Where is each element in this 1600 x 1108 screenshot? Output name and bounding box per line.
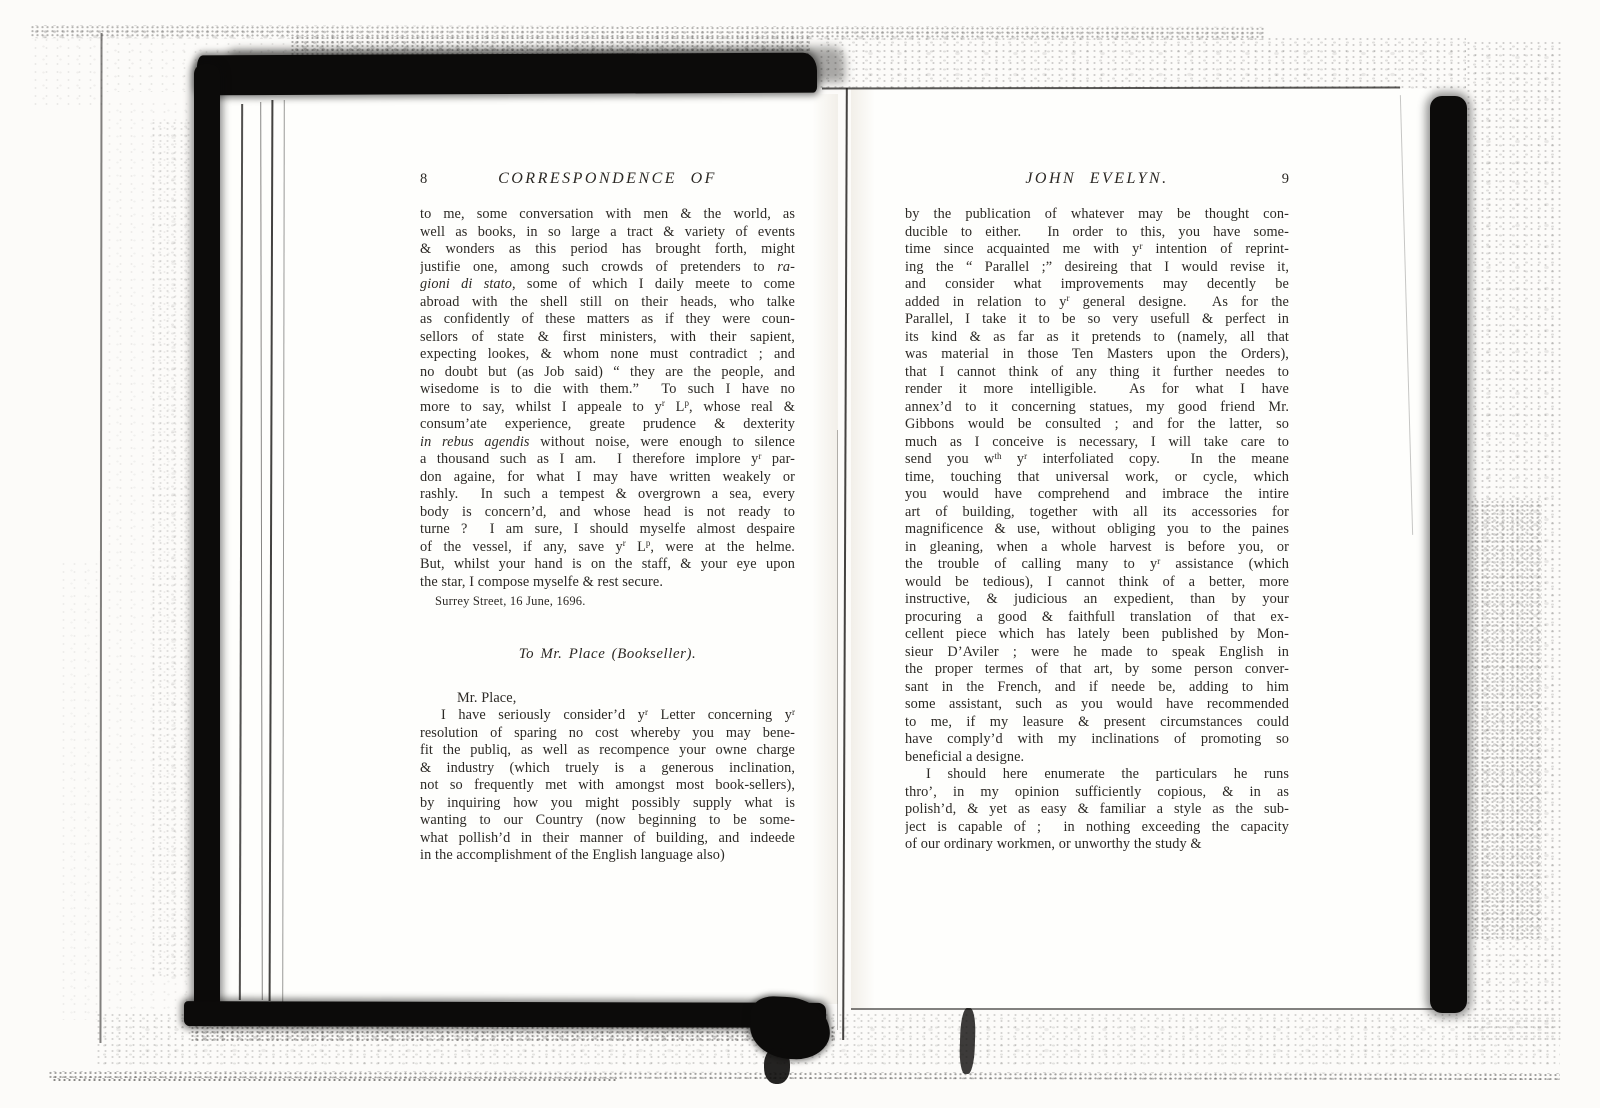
text-line: ject is capable of ; in nothing exceedin… [905, 819, 1289, 837]
text-line: resolution of sparing no cost whereby yo… [420, 725, 795, 743]
left-page-number: 8 [420, 171, 427, 188]
scan-noise-top-line [30, 25, 1265, 40]
letter-dateline: Surrey Street, 16 June, 1696. [420, 593, 795, 610]
text-line: don againe, for what I may have written … [420, 469, 795, 487]
ink-smudge-bottom-fuzz [190, 1026, 835, 1041]
scan-noise-right-dense [1470, 500, 1542, 940]
ink-smudge-gutter-drip [764, 1048, 790, 1084]
text-line: time since acquainted me with yr intenti… [905, 241, 1289, 259]
text-line: in the accomplishment of the English lan… [420, 847, 795, 865]
gutter-fold-line [842, 88, 848, 1040]
text-line: and consider what improvements may decen… [905, 276, 1289, 294]
text-line: its kind & as far as it pretends to (nam… [905, 329, 1289, 347]
left-running-title: CORRESPONDENCE OF [498, 170, 717, 187]
text-line: render it more intelligible. As for what… [905, 381, 1289, 399]
text-line: a thousand such as I am. I therefore imp… [420, 451, 795, 469]
gutter-fold-line-faint [837, 430, 838, 1030]
text-line: of our ordinary workmen, or unworthy the… [905, 836, 1289, 854]
right-page-bottom-edge [851, 1008, 1435, 1010]
scanner-edge-line-left [99, 33, 102, 1043]
text-line: & industry (which truely is a generous i… [420, 760, 795, 778]
text-line: thro’, in my opinion sufficiently copiou… [905, 784, 1289, 802]
text-line: added in relation to yr general designe.… [905, 294, 1289, 312]
text-line: fit the publiq, as well as recompence yo… [420, 742, 795, 760]
text-line: rashly. In such a tempest & overgrown a … [420, 486, 795, 504]
text-line: no doubt but (as Job said) “ they are th… [420, 364, 795, 382]
text-line: in gleaning, when a whole harvest is bef… [905, 539, 1289, 557]
text-line: sieur D’Aviler ; were he made to speak E… [905, 644, 1289, 662]
scan-noise-left-margin [104, 100, 190, 1015]
text-line: beneficial a designe. [905, 749, 1289, 767]
ink-smudge-right-bar [1430, 96, 1467, 1013]
ink-smudge-top-bar [197, 53, 817, 96]
text-line: Parallel, I take it to be so very useful… [905, 311, 1289, 329]
letter-second-paragraph: I should here enumerate the particulars … [905, 766, 1289, 854]
text-line: justifie one, among such crowds of prete… [420, 259, 795, 277]
left-page-header: 8 CORRESPONDENCE OF [420, 170, 795, 192]
scanned-book-spread: 8 CORRESPONDENCE OF to me, some conversa… [0, 0, 1600, 1108]
text-line: But, whilst your hand is on the staff, &… [420, 556, 795, 574]
text-line: consum’ate experience, greate prudence &… [420, 416, 795, 434]
scan-noise-right-margin [1465, 40, 1562, 1040]
scan-noise-top-left-corner [30, 36, 110, 106]
text-line: polish’d, & yet as easy & familiar a sty… [905, 801, 1289, 819]
text-line: to me, if my leasure & present circumsta… [905, 714, 1289, 732]
text-line: & wonders as this period has brought for… [420, 241, 795, 259]
text-line: not so frequently met with amongst most … [420, 777, 795, 795]
scan-noise-top-right [818, 36, 1466, 90]
text-line: much as I conceive is necessary, I will … [905, 434, 1289, 452]
right-page-header: JOHN EVELYN. 9 [905, 170, 1289, 192]
text-line: procuring a good & faithfull translation… [905, 609, 1289, 627]
text-line: the proper termes of that art, by some p… [905, 661, 1289, 679]
text-line: send you wth yr interfoliated copy. In t… [905, 451, 1289, 469]
letter-continuation-paragraph: by the publication of whatever may be th… [905, 206, 1289, 766]
letter-opening-paragraph: I have seriously consider’d yr Letter co… [420, 707, 795, 865]
scan-noise-bottom-line-dark [52, 1078, 617, 1083]
text-line: wisedome is to die with them.” To such I… [420, 381, 795, 399]
text-line: the star, I compose myselfe & rest secur… [420, 574, 795, 592]
text-line: Gibbons would be consulted ; and for the… [905, 416, 1289, 434]
text-line: some assistant, such as you would have r… [905, 696, 1289, 714]
scan-noise-bottom-line [48, 1071, 1560, 1080]
text-line: I should here enumerate the particulars … [905, 766, 1289, 784]
ink-smudge-bottom-bar [184, 1001, 826, 1028]
text-line: body is concern’d, and whose head is not… [420, 504, 795, 522]
text-line: the trouble of calling many to yr assist… [905, 556, 1289, 574]
text-line: expecting lookes, & whom none must contr… [420, 346, 795, 364]
text-line: art of building, together with all its a… [905, 504, 1289, 522]
ink-smudge-bottom-mark [959, 1008, 976, 1074]
right-running-title: JOHN EVELYN. [1025, 170, 1168, 187]
letter-salutation: Mr. Place, [420, 690, 795, 708]
text-line: ducible to either. In order to this, you… [905, 224, 1289, 242]
text-line: more to say, whilst I appeale to yr Lp, … [420, 399, 795, 417]
left-page-body: to me, some conversation with men & the … [420, 206, 795, 865]
scan-noise-lower-left [58, 560, 102, 1020]
text-line: magnificence & use, without obliging you… [905, 521, 1289, 539]
text-line: to me, some conversation with men & the … [420, 206, 795, 224]
text-line: instructive, & judicious an expedient, t… [905, 591, 1289, 609]
text-line: you would have comprehend and imbrace th… [905, 486, 1289, 504]
ink-smudge-left-bar [194, 64, 220, 1014]
text-line: ing the “ Parallel ;” desireing that I w… [905, 259, 1289, 277]
text-line: by inquiring how you might possibly supp… [420, 795, 795, 813]
text-line: annex’d to it concerning statues, my goo… [905, 399, 1289, 417]
text-line: sant in the French, and if neede be, add… [905, 679, 1289, 697]
text-line: in rebus agendis without noise, were eno… [420, 434, 795, 452]
text-line: would be tedious), I cannot think of a b… [905, 574, 1289, 592]
text-line: what pollish’d in their manner of buildi… [420, 830, 795, 848]
text-line: turne ? I am sure, I should myselfe almo… [420, 521, 795, 539]
text-line: by the publication of whatever may be th… [905, 206, 1289, 224]
text-line: sellors of state & first ministers, with… [420, 329, 795, 347]
text-line: wanting to our Country (now beginning to… [420, 812, 795, 830]
text-line: abroad with the shell still on their hea… [420, 294, 795, 312]
text-line: was material in those Ten Masters upon t… [905, 346, 1289, 364]
letter-closing-paragraph: to me, some conversation with men & the … [420, 206, 795, 591]
next-letter-heading: To Mr. Place (Bookseller). [420, 646, 795, 664]
ink-smudge-left-fuzz [150, 120, 195, 980]
text-line: that I cannot think of any thing it furt… [905, 364, 1289, 382]
text-line: of the vessel, if any, save yr Lp, were … [420, 539, 795, 557]
text-line: time, touching that universal work, or c… [905, 469, 1289, 487]
text-line: cellent piece which has lately been publ… [905, 626, 1289, 644]
right-page-number: 9 [1282, 171, 1289, 188]
text-line: as confidently of these matters as if th… [420, 311, 795, 329]
text-line: gioni di stato, some of which I daily me… [420, 276, 795, 294]
text-line: well as books, in so large a tract & var… [420, 224, 795, 242]
text-line: have comply’d with my inclinations of pr… [905, 731, 1289, 749]
right-page-body: by the publication of whatever may be th… [905, 206, 1289, 854]
text-line: I have seriously consider’d yr Letter co… [420, 707, 795, 725]
